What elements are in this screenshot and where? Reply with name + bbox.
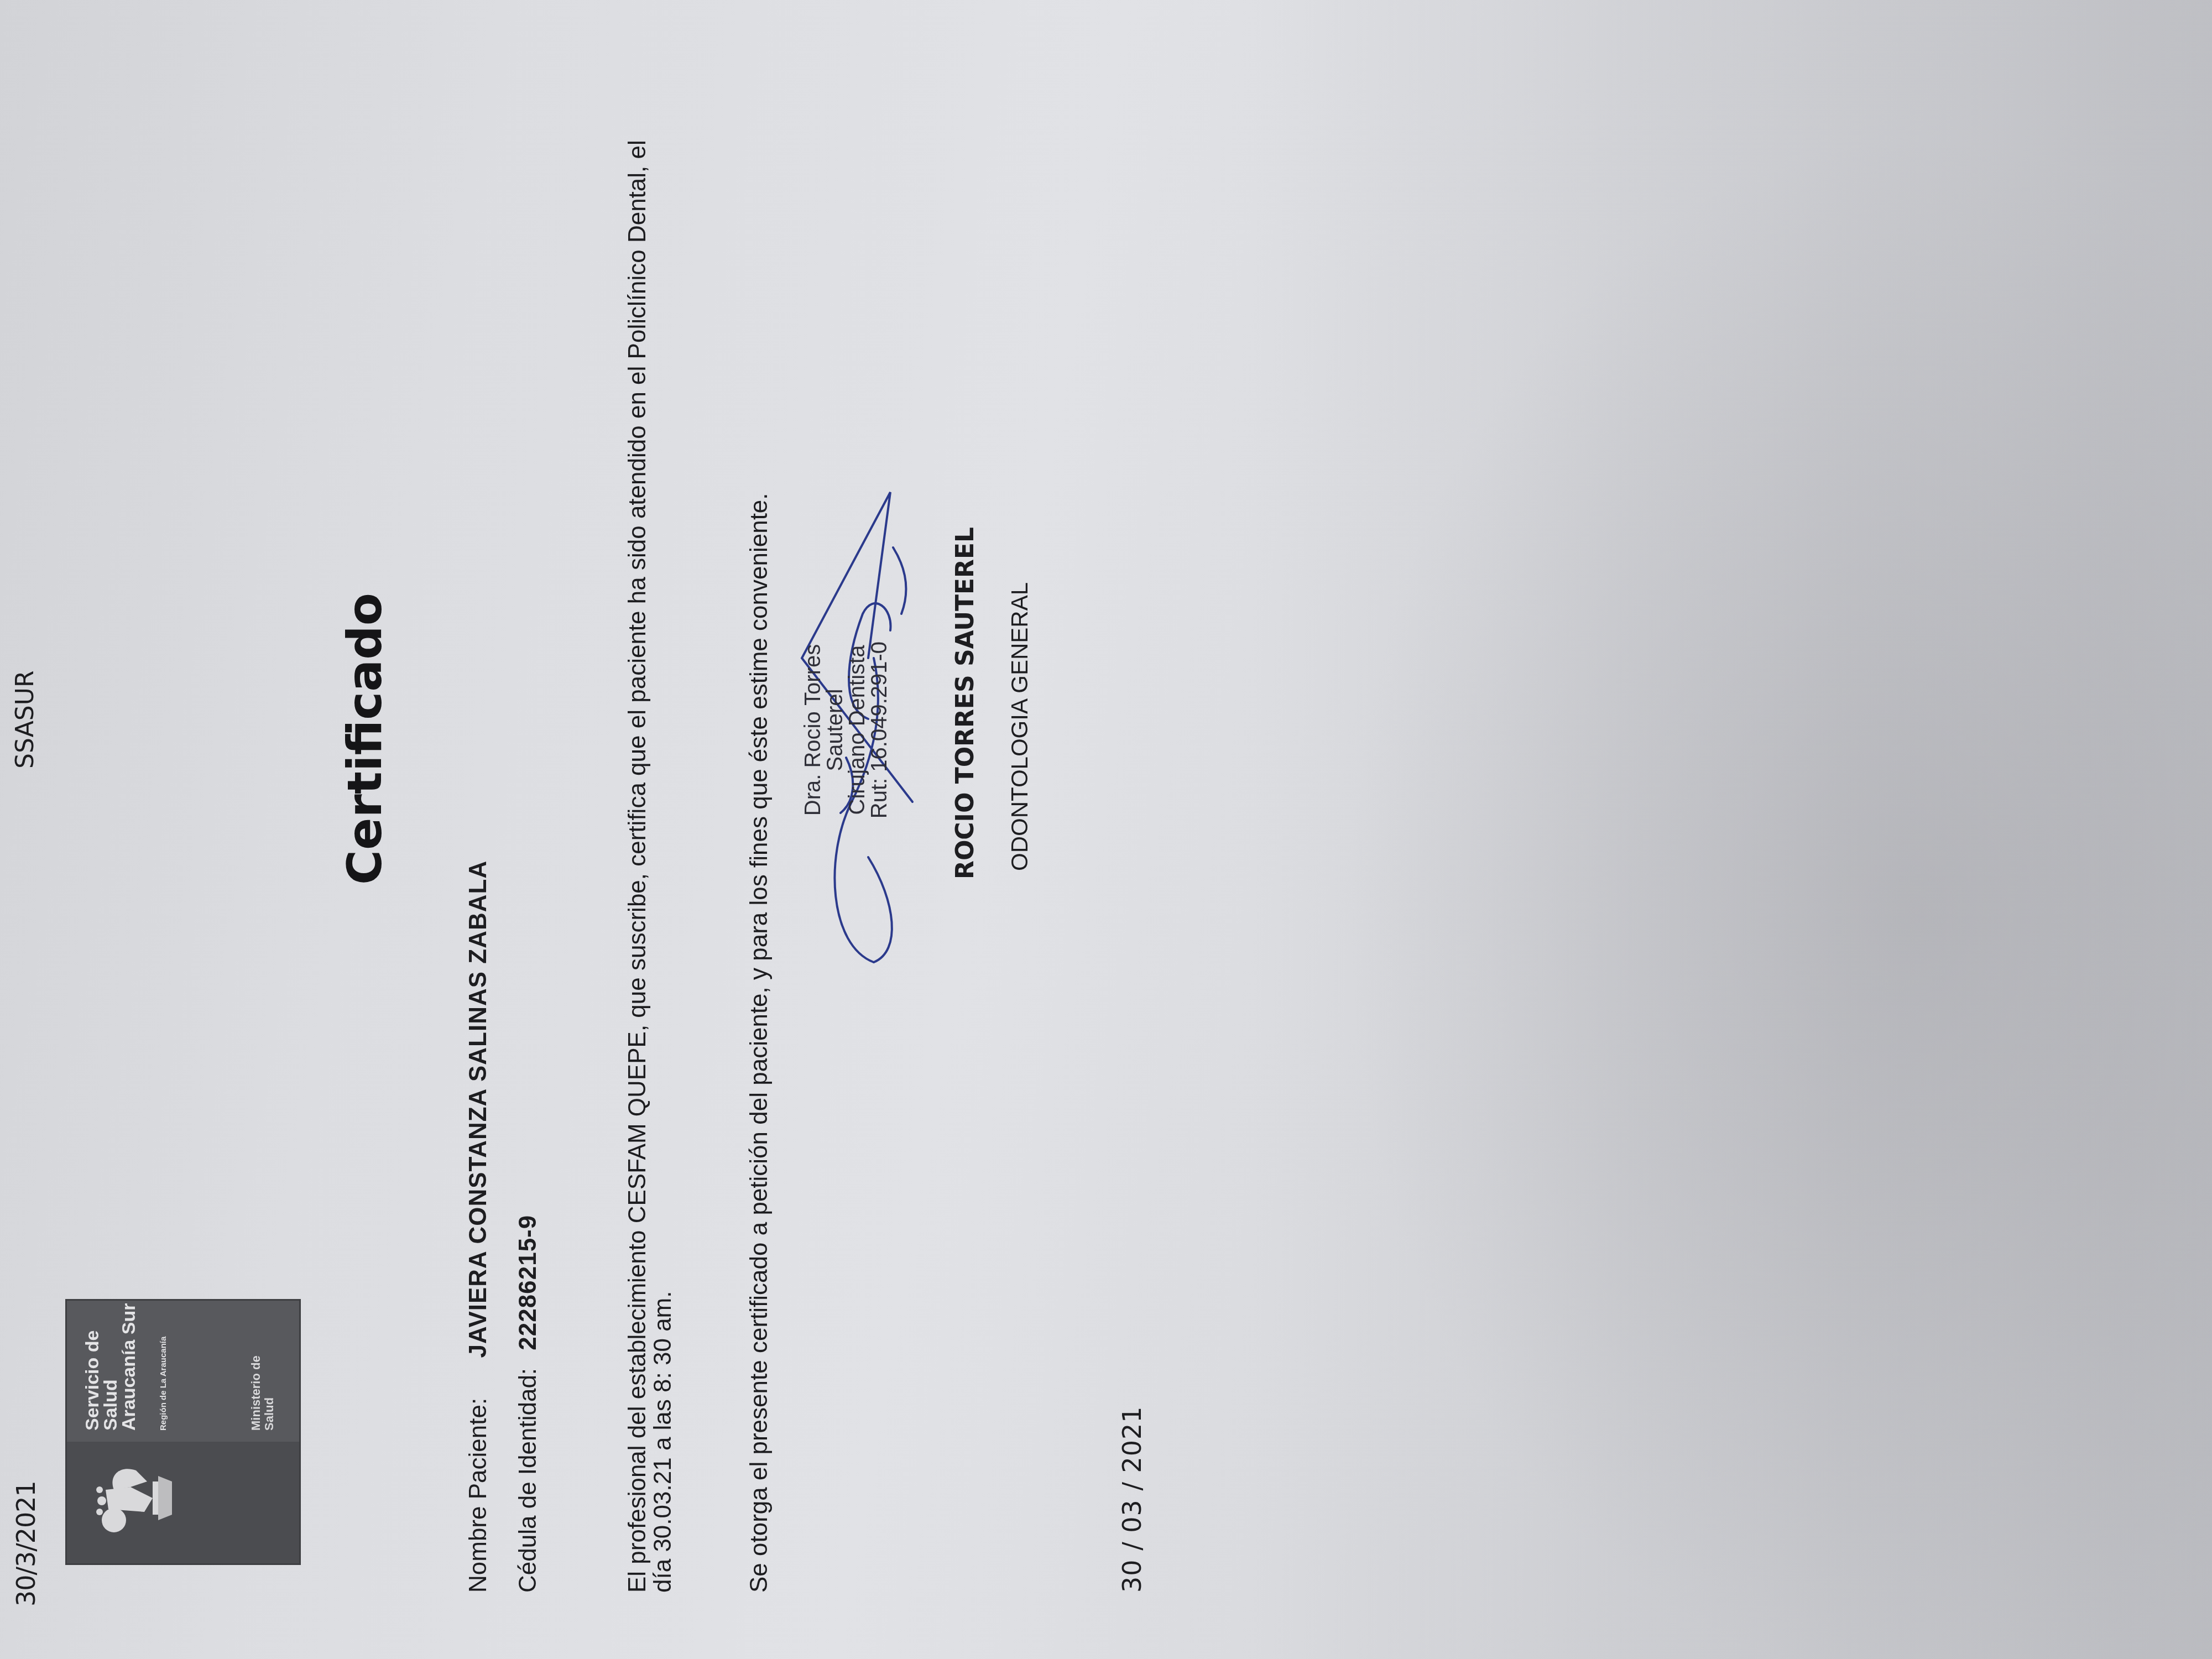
stamp-line1: Dra. Rocio Torres Sauterel xyxy=(802,614,846,846)
ministry-line1: Ministerio de xyxy=(249,1355,263,1431)
id-row: Cédula de Identidad: 22286215-9 xyxy=(514,1215,542,1593)
stamp-line2: Cirujano Dentista xyxy=(846,614,868,846)
chile-coat-of-arms-icon xyxy=(92,1459,180,1542)
id-number: 22286215-9 xyxy=(514,1215,541,1350)
doctor-specialty: ODONTOLOGIA GENERAL xyxy=(1006,582,1033,871)
logo-line2: Salud xyxy=(102,1303,120,1431)
id-label: Cédula de Identidad: xyxy=(514,1368,542,1593)
logo-line3: Araucanía Sur xyxy=(120,1303,138,1431)
patient-name-label: Nombre Paciente: xyxy=(465,1398,492,1593)
organization-code: SSASUR xyxy=(11,671,39,769)
signature-block: Dra. Rocio Torres Sauterel Cirujano Dent… xyxy=(802,470,1078,968)
print-date: 30/3/2021 xyxy=(11,1481,41,1606)
stamp-line3: Rut: 16.049.291-0 xyxy=(868,614,890,846)
certificate-page: 30/3/2021 SSASUR Servicio de Salud Arauc… xyxy=(0,0,2212,1659)
attendance-paragraph: El profesional del establecimiento CESFA… xyxy=(625,100,676,1593)
doctor-name: ROCIO TORRES SAUTEREL xyxy=(951,527,979,879)
doctor-stamp: Dra. Rocio Torres Sauterel Cirujano Dent… xyxy=(802,614,890,846)
document-title: Certificado xyxy=(337,593,393,885)
issue-date: 30 / 03 / 2021 xyxy=(1117,1406,1147,1593)
logo-line1: Servicio de xyxy=(84,1303,102,1431)
health-service-logo: Servicio de Salud Araucanía Sur Región d… xyxy=(65,1299,301,1565)
patient-name: JAVIERA CONSTANZA SALINAS ZABALA xyxy=(465,860,492,1358)
patient-name-row: Nombre Paciente: JAVIERA CONSTANZA SALIN… xyxy=(465,860,492,1593)
ministry-line2: Salud xyxy=(263,1355,276,1431)
logo-region: Región de La Araucanía xyxy=(159,1337,168,1431)
